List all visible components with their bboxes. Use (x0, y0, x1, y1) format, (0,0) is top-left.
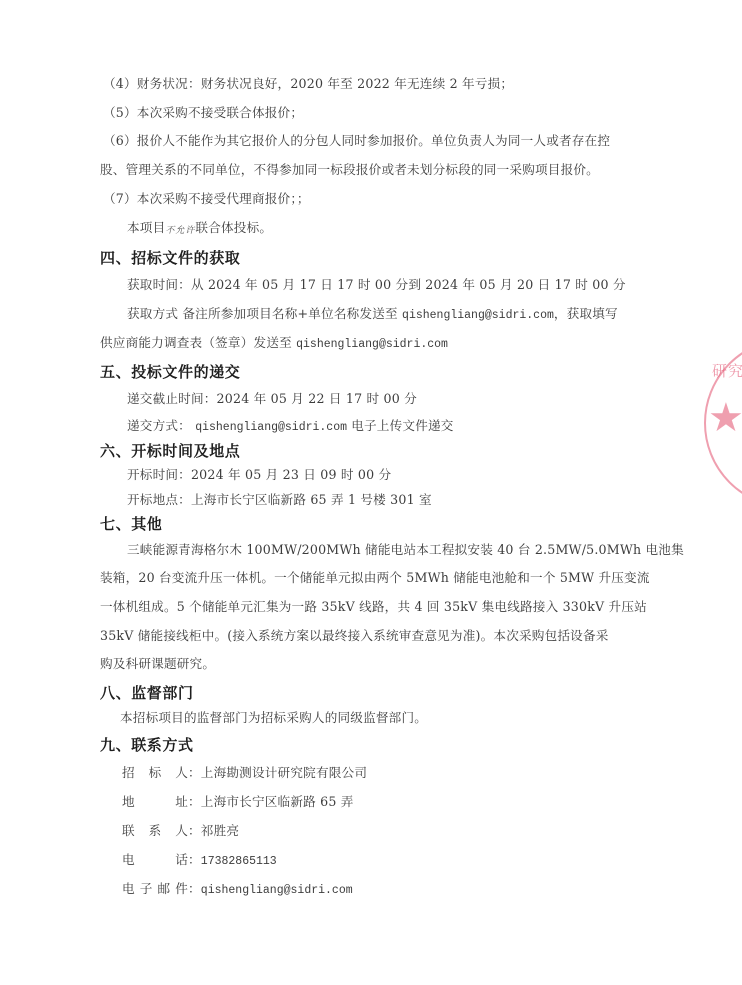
contact-email-link[interactable]: qishengliang@sidri.com (201, 884, 353, 897)
submission-method-suffix: 电子上传文件递交 (347, 418, 454, 433)
acquisition-method-line2: 供应商能力调查表（签章）发送至 qishengliang@sidri.com (100, 335, 448, 353)
acquisition-method-text: 获取方式 备注所参加项目名称+单位名称发送至 (127, 306, 402, 321)
contact-separator: ： (188, 765, 201, 780)
requirement-subcontractor-line2: 股、管理关系的不同单位，不得参加同一标段报价或者未划分标段的同一采购项目报价。 (100, 162, 599, 178)
consortium-suffix: 联合体投标。 (195, 220, 272, 235)
contact-row-tenderer: 招标人：上海勘测设计研究院有限公司 (122, 765, 367, 781)
requirement-no-agent-quote: （7）本次采购不接受代理商报价；； (103, 191, 310, 207)
contact-row-address: 地址：上海市长宁区临新路 65 弄 (122, 794, 354, 810)
contact-value: 祁胜亮 (201, 823, 239, 838)
section-heading-bid-opening: 六、开标时间及地点 (100, 442, 240, 460)
contact-row-phone: 电话：17382865113 (122, 852, 277, 870)
supervision-text: 本招标项目的监督部门为招标采购人的同级监督部门。 (120, 710, 427, 726)
other-paragraph-line: 35kV 储能接线柜中。(接入系统方案以最终接入系统审查意见为准)。本次采购包括… (100, 628, 609, 644)
other-paragraph-line: 装箱，20 台变流升压一体机。一个储能单元拟由两个 5MWh 储能电池舱和一个 … (100, 570, 650, 586)
contact-phone-value: 17382865113 (201, 855, 277, 868)
other-paragraph-line: 一体机组成。5 个储能单元汇集为一路 35kV 线路，共 4 回 35kV 集电… (100, 599, 647, 615)
seal-star-icon: ★ (708, 398, 742, 438)
contact-row-email: 电子邮件：qishengliang@sidri.com (122, 881, 353, 899)
contact-label: 联系人 (122, 823, 188, 839)
other-paragraph-line: 购及科研课题研究。 (100, 656, 215, 672)
contact-label: 地址 (122, 794, 188, 810)
submission-email-link[interactable]: qishengliang@sidri.com (195, 421, 347, 434)
contact-separator: ： (188, 881, 201, 896)
submission-deadline: 递交截止时间：2024 年 05 月 22 日 17 时 00 分 (127, 391, 417, 407)
opening-time: 开标时间：2024 年 05 月 23 日 09 时 00 分 (127, 467, 391, 483)
contact-label: 电话 (122, 852, 188, 868)
submission-method-label: 递交方式： (127, 418, 195, 433)
handwritten-annotation: 不允许 (165, 226, 195, 236)
acquisition-email-link-2[interactable]: qishengliang@sidri.com (296, 338, 448, 351)
opening-place: 开标地点：上海市长宁区临新路 65 弄 1 号楼 301 室 (127, 492, 432, 508)
contact-separator: ： (188, 852, 201, 867)
submission-method: 递交方式： qishengliang@sidri.com 电子上传文件递交 (127, 418, 454, 436)
contact-value: 上海市长宁区临新路 65 弄 (201, 794, 354, 809)
acquisition-method-line1: 获取方式 备注所参加项目名称+单位名称发送至 qishengliang@sidr… (127, 306, 618, 324)
section-heading-contact: 九、联系方式 (100, 736, 194, 754)
section-heading-bid-submission: 五、投标文件的递交 (100, 363, 240, 381)
acquisition-email-link[interactable]: qishengliang@sidri.com (402, 309, 554, 322)
requirement-subcontractor-line1: （6）报价人不能作为其它报价人的分包人同时参加报价。单位负责人为同一人或者存在控 (103, 133, 610, 149)
consortium-statement: 本项目不允许联合体投标。 (127, 220, 272, 239)
contact-row-person: 联系人：祁胜亮 (122, 823, 239, 839)
acquisition-method-line2-text: 供应商能力调查表（签章）发送至 (100, 335, 296, 350)
section-heading-supervision: 八、监督部门 (100, 684, 194, 702)
contact-value: 上海勘测设计研究院有限公司 (201, 765, 367, 780)
acquisition-method-suffix: ，获取填写 (554, 306, 618, 321)
section-heading-document-acquisition: 四、招标文件的获取 (100, 249, 240, 267)
other-paragraph-line: 三峡能源青海格尔木 100MW/200MWh 储能电站本工程拟安装 40 台 2… (127, 542, 684, 558)
contact-separator: ： (188, 823, 201, 838)
contact-label: 电子邮件 (122, 881, 188, 897)
requirement-no-consortium-quote: （5）本次采购不接受联合体报价； (103, 105, 303, 121)
section-heading-other: 七、其他 (100, 515, 162, 533)
contact-separator: ： (188, 794, 201, 809)
consortium-prefix: 本项目 (127, 220, 165, 235)
contact-label: 招标人 (122, 765, 188, 781)
seal-text: 研究 (712, 360, 742, 381)
requirement-financial-status: （4）财务状况：财务状况良好，2020 年至 2022 年无连续 2 年亏损； (103, 76, 513, 92)
acquisition-time: 获取时间：从 2024 年 05 月 17 日 17 时 00 分到 2024 … (127, 277, 626, 293)
